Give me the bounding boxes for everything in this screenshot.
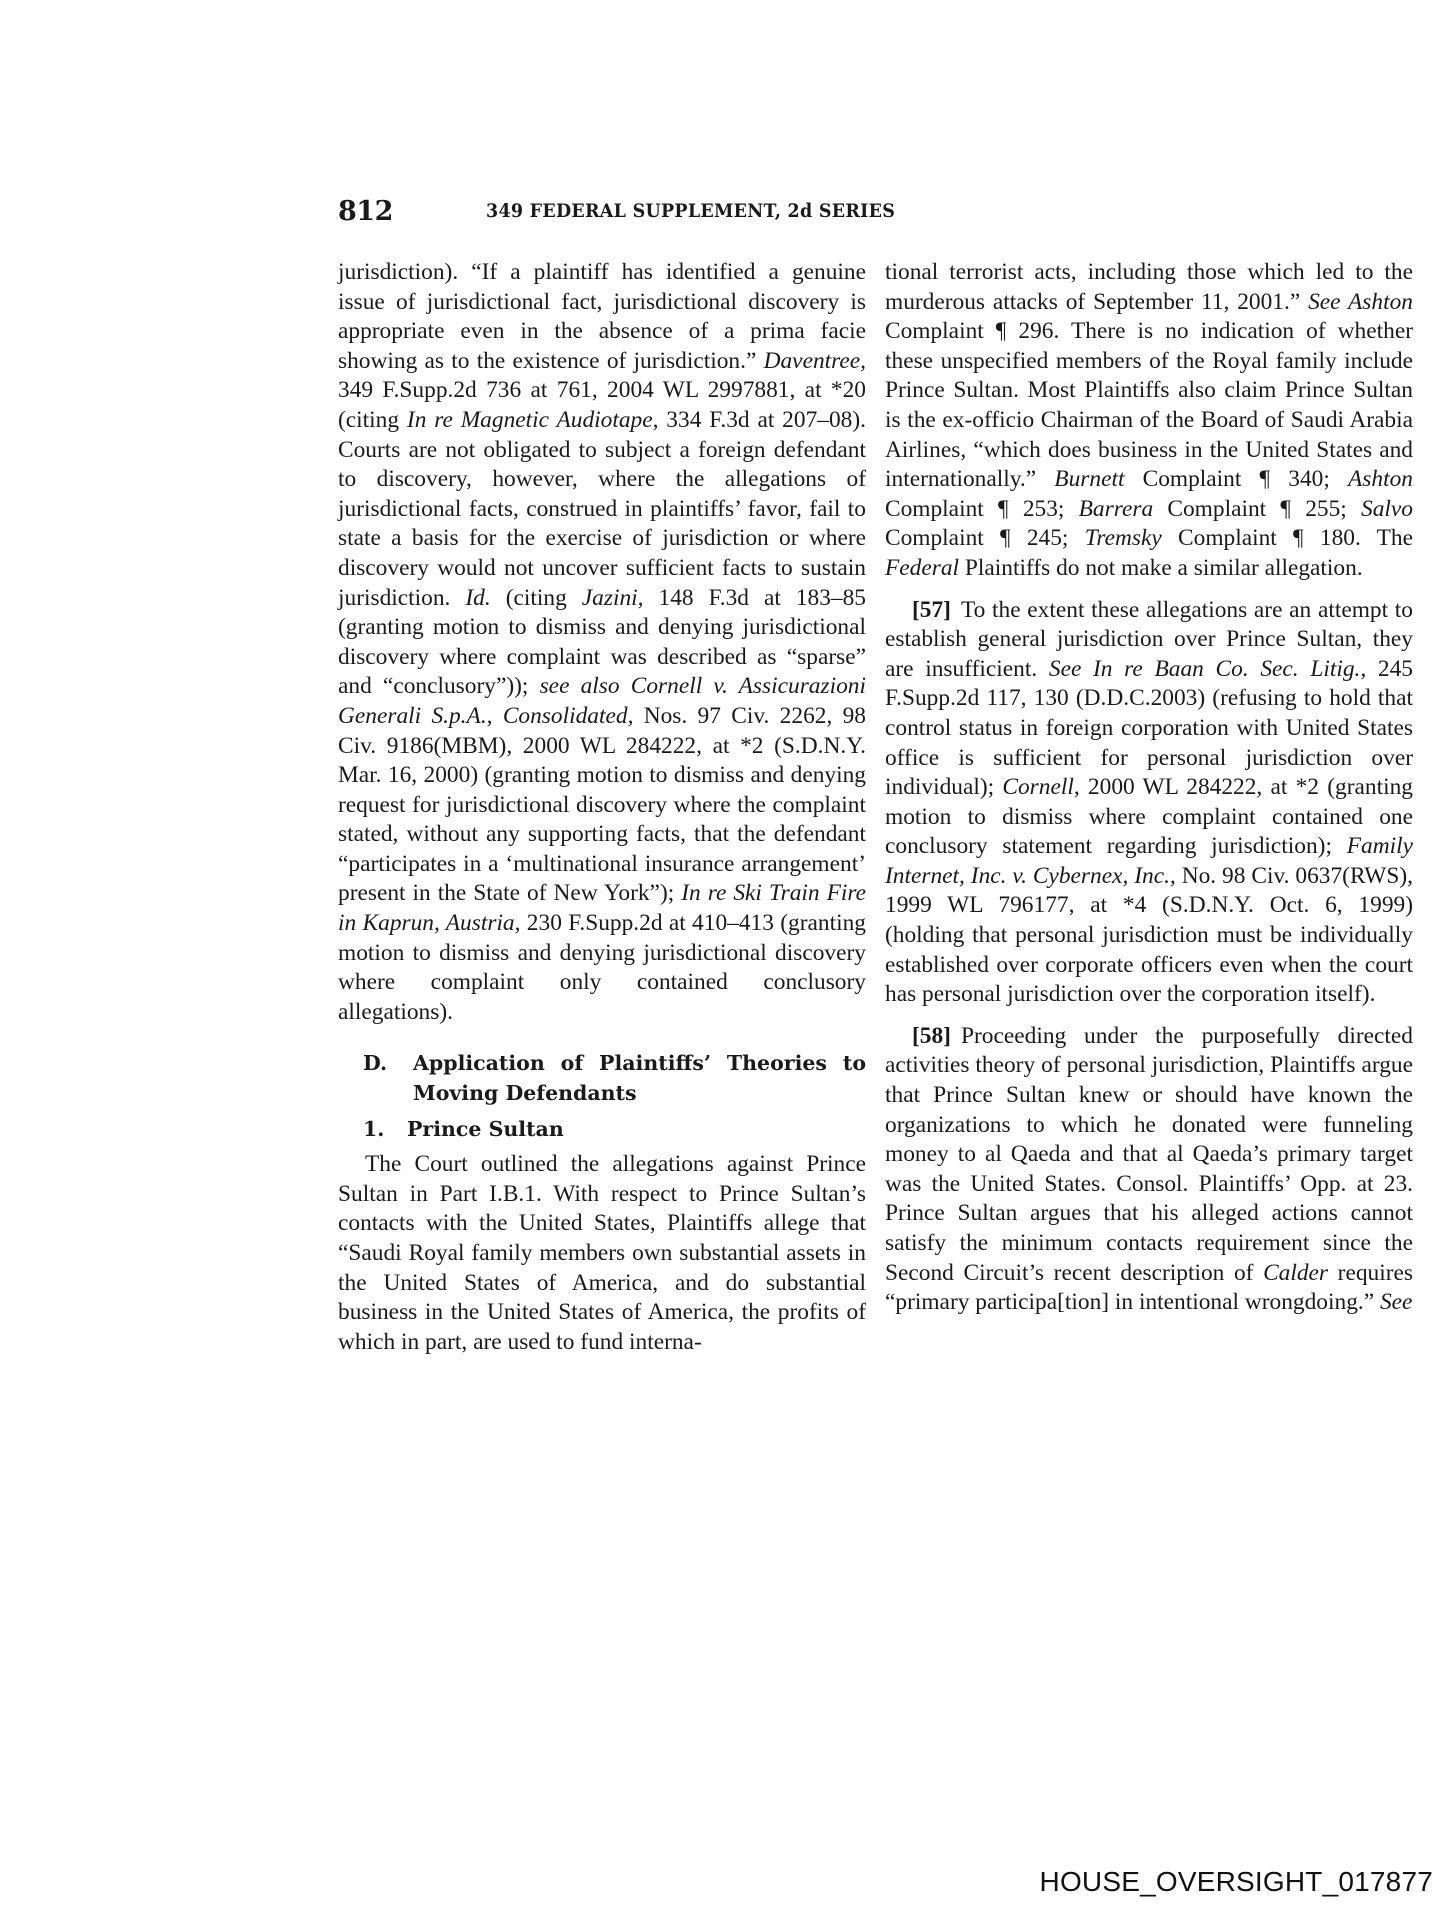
case-citation-magnetic-audiotape: In re Magnetic Audiotape, bbox=[407, 407, 659, 433]
case-citation-salvo: Salvo bbox=[1361, 496, 1413, 522]
headnote-key-57: [57] bbox=[912, 597, 951, 623]
case-citation-burnett: Burnett bbox=[1054, 466, 1124, 492]
paragraph-57-general-jurisdiction: [57]To the extent these allegations are … bbox=[885, 596, 1413, 1010]
running-head: 349 FEDERAL SUPPLEMENT, 2d SERIES bbox=[486, 200, 895, 222]
text-run: The Court outlined the allegations again… bbox=[338, 1151, 866, 1355]
text-run: Complaint ¶ 180. The bbox=[1162, 525, 1413, 551]
case-citation-ashton: See Ashton bbox=[1308, 289, 1413, 315]
citation-id: Id. bbox=[465, 585, 490, 611]
text-run: Complaint ¶ 253; bbox=[885, 496, 1079, 522]
case-citation-federal: Federal bbox=[885, 555, 959, 581]
text-run: Plaintiffs do not make a similar allegat… bbox=[959, 555, 1363, 581]
case-citation-daventree: Daventree, bbox=[764, 348, 866, 374]
case-citation-cornell: Cornell, bbox=[1002, 774, 1079, 800]
section-label: D. bbox=[363, 1049, 413, 1079]
section-title: Application of Plaintiffs’ Theories to M… bbox=[413, 1051, 866, 1105]
paragraph-prince-sultan-allegations: The Court outlined the allegations again… bbox=[338, 1150, 866, 1357]
text-run: Nos. 97 Civ. 2262, 98 Civ. 9186(MBM), 20… bbox=[338, 703, 866, 907]
case-citation-ashton: Ashton bbox=[1348, 466, 1413, 492]
paragraph-royal-family-continuation: tional terrorist acts, including those w… bbox=[885, 258, 1413, 584]
citation-see: See bbox=[1380, 1289, 1412, 1315]
section-heading: D.Application of Plaintiffs’ Theories to… bbox=[338, 1049, 866, 1108]
bates-number: HOUSE_OVERSIGHT_017877 bbox=[1040, 1866, 1433, 1898]
text-run: Complaint ¶ 245; bbox=[885, 525, 1085, 551]
text-run: (citing bbox=[491, 585, 582, 611]
text-run: Proceeding under the purposefully direct… bbox=[885, 1023, 1413, 1286]
text-run: 334 F.3d at 207–08). Courts are not obli… bbox=[338, 407, 866, 611]
text-run: Complaint ¶ 340; bbox=[1124, 466, 1348, 492]
paragraph-58-purposefully-directed: [58]Proceeding under the purposefully di… bbox=[885, 1022, 1413, 1318]
subsection-label: 1. bbox=[363, 1115, 407, 1145]
subsection-heading: 1.Prince Sultan bbox=[363, 1115, 866, 1145]
case-citation-jazini: Jazini, bbox=[582, 585, 644, 611]
paragraph-jurisdictional-discovery: jurisdiction). “If a plaintiff has ident… bbox=[338, 258, 866, 1027]
left-column: jurisdiction). “If a plaintiff has ident… bbox=[338, 258, 866, 1357]
case-citation-calder: Calder bbox=[1263, 1260, 1328, 1286]
headnote-key-58: [58] bbox=[912, 1023, 951, 1049]
page-number: 812 bbox=[338, 196, 393, 227]
page-header: 812 349 FEDERAL SUPPLEMENT, 2d SERIES bbox=[338, 196, 1413, 232]
case-citation-tremsky: Tremsky bbox=[1085, 525, 1162, 551]
right-column: tional terrorist acts, including those w… bbox=[885, 258, 1413, 1318]
case-citation-baan: See In re Baan Co. Sec. Litig., bbox=[1049, 656, 1366, 682]
case-citation-barrera: Barrera bbox=[1079, 496, 1154, 522]
text-run: Complaint ¶ 255; bbox=[1153, 496, 1361, 522]
subsection-title: Prince Sultan bbox=[407, 1117, 564, 1141]
